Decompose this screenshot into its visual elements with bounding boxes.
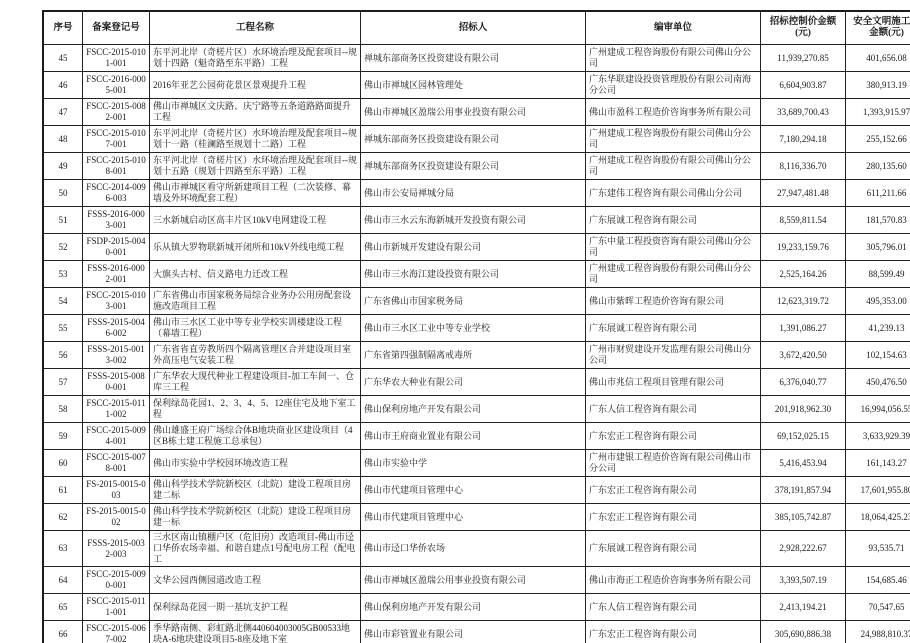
cell-reg_no: FSSS-2015-0046-002 [83, 315, 150, 342]
cell-reg_no: FSSS-2016-0002-001 [83, 261, 150, 288]
cell-seq: 52 [43, 234, 83, 261]
cell-seq: 66 [43, 621, 83, 643]
cell-reg_no: FSCC-2015-0082-001 [83, 99, 150, 126]
col-header-reg-no: 备案登记号 [83, 11, 150, 45]
table-row: 49FSCC-2015-0108-001东平河北岸（奇槎片区）水环境治理及配套项… [43, 153, 910, 180]
cell-control_price: 7,180,294.18 [761, 126, 846, 153]
table-row: 55FSSS-2015-0046-002佛山市三水区工业中等专业学校实训楼建设工… [43, 315, 910, 342]
cell-tenderer: 佛山市禅城区盈瑞公用事业投资有限公司 [361, 99, 586, 126]
table-row: 59FSCC-2015-0094-001佛山雄盛王府广场综合体B地块商业区建设项… [43, 423, 910, 450]
cell-tenderer: 佛山市迳口华侨农场 [361, 531, 586, 567]
cell-tenderer: 佛山市实验中学 [361, 450, 586, 477]
cell-project_name: 佛山科学技术学院新校区（北院）建设工程项目房建二标 [150, 477, 361, 504]
table-row: 54FSCC-2015-0103-001广东省佛山市国家税务局综合业务办公用房配… [43, 288, 910, 315]
cell-seq: 51 [43, 207, 83, 234]
cell-reg_no: FS-2015-0015-003 [83, 477, 150, 504]
cell-review_unit: 广东人信工程咨询有限公司 [586, 396, 761, 423]
cell-control_price: 8,116,336.70 [761, 153, 846, 180]
cell-control_price: 2,413,194.21 [761, 594, 846, 621]
cell-safety_fee: 611,211.66 [846, 180, 910, 207]
table-row: 51FSSS-2016-0003-001三水新城启动区高丰片区10kV电网建设工… [43, 207, 910, 234]
cell-tenderer: 佛山市禅城区盈瑞公用事业投资有限公司 [361, 567, 586, 594]
cell-seq: 60 [43, 450, 83, 477]
cell-review_unit: 广州市建银工程造价咨询有限公司佛山市分公司 [586, 450, 761, 477]
table-row: 56FSSS-2015-0013-002广东省省直劳教所四个隔离管理区合并建设项… [43, 342, 910, 369]
cell-reg_no: FSSS-2015-0080-001 [83, 369, 150, 396]
cell-review_unit: 广东人信工程咨询有限公司 [586, 594, 761, 621]
cell-reg_no: FSCC-2015-0111-001 [83, 594, 150, 621]
table-row: 64FSCC-2015-0090-001文华公园西侧园道改造工程佛山市禅城区盈瑞… [43, 567, 910, 594]
header-row: 序号 备案登记号 工程名称 招标人 编审单位 招标控制价金额 (元) 安全文明施… [43, 11, 910, 45]
cell-seq: 46 [43, 72, 83, 99]
cell-safety_fee: 495,353.00 [846, 288, 910, 315]
table-row: 58FSCC-2015-0111-002保利绿岛花园1、2、3、4、5、12座住… [43, 396, 910, 423]
cell-project_name: 保利绿岛花园一期一基坑支护工程 [150, 594, 361, 621]
cell-project_name: 佛山市实验中学校园环境改造工程 [150, 450, 361, 477]
cell-review_unit: 广东华联建设投资管理股份有限公司南海分公司 [586, 72, 761, 99]
cell-safety_fee: 161,143.27 [846, 450, 910, 477]
cell-reg_no: FSSS-2016-0003-001 [83, 207, 150, 234]
cell-tenderer: 佛山市禅城区园林管理处 [361, 72, 586, 99]
col-header-tenderer: 招标人 [361, 11, 586, 45]
cell-project_name: 文华公园西侧园道改造工程 [150, 567, 361, 594]
cell-control_price: 27,947,481.48 [761, 180, 846, 207]
cell-safety_fee: 305,796.01 [846, 234, 910, 261]
cell-review_unit: 广东建伟工程咨询有限公司佛山分公司 [586, 180, 761, 207]
cell-safety_fee: 102,154.63 [846, 342, 910, 369]
table-row: 61FS-2015-0015-003佛山科学技术学院新校区（北院）建设工程项目房… [43, 477, 910, 504]
cell-project_name: 广东华农大现代种业工程建设项目-加工车间一、仓库三工程 [150, 369, 361, 396]
cell-seq: 56 [43, 342, 83, 369]
cell-control_price: 3,672,420.50 [761, 342, 846, 369]
cell-reg_no: FSCC-2015-0111-002 [83, 396, 150, 423]
cell-reg_no: FSCC-2015-0101-001 [83, 45, 150, 72]
table-row: 45FSCC-2015-0101-001东平河北岸（奇槎片区）水环境治理及配套项… [43, 45, 910, 72]
cell-safety_fee: 16,994,056.55 [846, 396, 910, 423]
table-row: 46FSCC-2016-0005-0012016年亚艺公园荷花景区景观提升工程佛… [43, 72, 910, 99]
cell-project_name: 季华路南侧、彩虹路北侧440604003005GB00533地块A-6地块建设项… [150, 621, 361, 643]
cell-tenderer: 禅城东部商务区投资建设有限公司 [361, 153, 586, 180]
cell-tenderer: 禅城东部商务区投资建设有限公司 [361, 126, 586, 153]
cell-review_unit: 广州建成工程咨询股份有限公司佛山分公司 [586, 126, 761, 153]
cell-safety_fee: 41,239.13 [846, 315, 910, 342]
cell-safety_fee: 3,633,929.39 [846, 423, 910, 450]
cell-review_unit: 广东宏正工程咨询有限公司 [586, 423, 761, 450]
cell-seq: 64 [43, 567, 83, 594]
cell-seq: 55 [43, 315, 83, 342]
cell-review_unit: 广东宏正工程咨询有限公司 [586, 504, 761, 531]
cell-control_price: 19,233,159.76 [761, 234, 846, 261]
table-row: 60FSCC-2015-0078-001佛山市实验中学校园环境改造工程佛山市实验… [43, 450, 910, 477]
cell-seq: 53 [43, 261, 83, 288]
table-header: 序号 备案登记号 工程名称 招标人 编审单位 招标控制价金额 (元) 安全文明施… [43, 11, 910, 45]
cell-safety_fee: 450,476.50 [846, 369, 910, 396]
cell-reg_no: FSCC-2016-0005-001 [83, 72, 150, 99]
cell-project_name: 佛山市三水区工业中等专业学校实训楼建设工程（幕墙工程） [150, 315, 361, 342]
table-row: 50FSCC-2014-0096-003佛山市禅城区看守所新建项目工程（二次装修… [43, 180, 910, 207]
cell-control_price: 11,939,270.85 [761, 45, 846, 72]
cell-reg_no: FSCC-2015-0103-001 [83, 288, 150, 315]
cell-control_price: 201,918,962.30 [761, 396, 846, 423]
cell-review_unit: 广东展诚工程咨询有限公司 [586, 207, 761, 234]
table-row: 47FSCC-2015-0082-001佛山市禅城区文庆路、庆宁路等五条道路路面… [43, 99, 910, 126]
cell-reg_no: FSCC-2015-0094-001 [83, 423, 150, 450]
cell-review_unit: 广东展诚工程咨询有限公司 [586, 531, 761, 567]
cell-safety_fee: 70,547.65 [846, 594, 910, 621]
table-row: 66FSCC-2015-0067-002季华路南侧、彩虹路北侧440604003… [43, 621, 910, 643]
cell-review_unit: 佛山市紫晖工程造价咨询有限公司 [586, 288, 761, 315]
cell-seq: 63 [43, 531, 83, 567]
cell-safety_fee: 88,599.49 [846, 261, 910, 288]
cell-control_price: 6,604,903.87 [761, 72, 846, 99]
cell-tenderer: 禅城东部商务区投资建设有限公司 [361, 45, 586, 72]
cell-tenderer: 广东华农大种业有限公司 [361, 369, 586, 396]
cell-review_unit: 广州市财贸建设开发监理有限公司佛山分公司 [586, 342, 761, 369]
cell-project_name: 东平河北岸（奇槎片区）水环境治理及配套项目--规划十一路（桂澜路至规划十二路）工… [150, 126, 361, 153]
cell-project_name: 三水区南山镇棚户区（危旧房）改造项目-佛山市迳口华侨农场幸福、和谐自建点1号配电… [150, 531, 361, 567]
cell-project_name: 乐从镇大罗物联新城开闭所和10kV外线电缆工程 [150, 234, 361, 261]
cell-reg_no: FSCC-2015-0067-002 [83, 621, 150, 643]
cell-control_price: 305,690,886.38 [761, 621, 846, 643]
cell-project_name: 2016年亚艺公园荷花景区景观提升工程 [150, 72, 361, 99]
cell-seq: 45 [43, 45, 83, 72]
col-header-safety-fee: 安全文明施工费 金额(元) [846, 11, 910, 45]
cell-safety_fee: 380,913.19 [846, 72, 910, 99]
cell-tenderer: 佛山市公安局禅城分局 [361, 180, 586, 207]
table-row: 65FSCC-2015-0111-001保利绿岛花园一期一基坑支护工程佛山保利房… [43, 594, 910, 621]
cell-control_price: 5,416,453.94 [761, 450, 846, 477]
document-page: 序号 备案登记号 工程名称 招标人 编审单位 招标控制价金额 (元) 安全文明施… [0, 0, 910, 643]
cell-project_name: 东平河北岸（奇槎片区）水环境治理及配套项目--规划十五路（规划十四路至东平路）工… [150, 153, 361, 180]
cell-reg_no: FSCC-2015-0078-001 [83, 450, 150, 477]
cell-project_name: 广东省省直劳教所四个隔离管理区合并建设项目室外高压电气安装工程 [150, 342, 361, 369]
cell-project_name: 佛山雄盛王府广场综合体B地块商业区建设项目（4区B栋土建工程施工总承包） [150, 423, 361, 450]
cell-seq: 50 [43, 180, 83, 207]
table-row: 62FS-2015-0015-002佛山科学技术学院新校区（北院）建设工程项目房… [43, 504, 910, 531]
cell-control_price: 33,689,700.43 [761, 99, 846, 126]
cell-tenderer: 佛山市新城开发建设有限公司 [361, 234, 586, 261]
cell-tenderer: 佛山市三水云东海新城开发投资有限公司 [361, 207, 586, 234]
cell-safety_fee: 154,685.46 [846, 567, 910, 594]
cell-safety_fee: 255,152.66 [846, 126, 910, 153]
cell-tenderer: 佛山市彩管置业有限公司 [361, 621, 586, 643]
cell-review_unit: 广东展诚工程咨询有限公司 [586, 315, 761, 342]
cell-review_unit: 佛山市兆信工程项目管理有限公司 [586, 369, 761, 396]
cell-safety_fee: 93,535.71 [846, 531, 910, 567]
cell-control_price: 1,391,086.27 [761, 315, 846, 342]
cell-review_unit: 广州建成工程咨询股份有限公司佛山分公司 [586, 45, 761, 72]
cell-control_price: 378,191,857.94 [761, 477, 846, 504]
cell-safety_fee: 401,656.08 [846, 45, 910, 72]
cell-reg_no: FSSS-2015-0013-002 [83, 342, 150, 369]
cell-safety_fee: 24,988,810.37 [846, 621, 910, 643]
col-header-seq: 序号 [43, 11, 83, 45]
col-header-project-name: 工程名称 [150, 11, 361, 45]
cell-safety_fee: 280,135.60 [846, 153, 910, 180]
table-row: 52FSDP-2015-0040-001乐从镇大罗物联新城开闭所和10kV外线电… [43, 234, 910, 261]
col-header-control-price: 招标控制价金额 (元) [761, 11, 846, 45]
projects-table: 序号 备案登记号 工程名称 招标人 编审单位 招标控制价金额 (元) 安全文明施… [42, 10, 910, 643]
cell-tenderer: 佛山市代建项目管理中心 [361, 504, 586, 531]
cell-safety_fee: 1,393,915.97 [846, 99, 910, 126]
cell-safety_fee: 17,601,955.80 [846, 477, 910, 504]
cell-seq: 49 [43, 153, 83, 180]
cell-seq: 65 [43, 594, 83, 621]
cell-control_price: 385,105,742.87 [761, 504, 846, 531]
cell-tenderer: 佛山市三水区工业中等专业学校 [361, 315, 586, 342]
cell-control_price: 6,376,040.77 [761, 369, 846, 396]
cell-project_name: 大旗头古村、信义路电力迁改工程 [150, 261, 361, 288]
cell-project_name: 三水新城启动区高丰片区10kV电网建设工程 [150, 207, 361, 234]
cell-control_price: 69,152,025.15 [761, 423, 846, 450]
cell-reg_no: FSCC-2015-0090-001 [83, 567, 150, 594]
cell-tenderer: 广东省第四强制隔离戒毒所 [361, 342, 586, 369]
col-header-review-unit: 编审单位 [586, 11, 761, 45]
table-body: 45FSCC-2015-0101-001东平河北岸（奇槎片区）水环境治理及配套项… [43, 45, 910, 643]
cell-reg_no: FSSS-2015-0032-003 [83, 531, 150, 567]
cell-safety_fee: 18,064,425.23 [846, 504, 910, 531]
cell-review_unit: 广州建成工程咨询股份有限公司佛山分公司 [586, 153, 761, 180]
cell-seq: 62 [43, 504, 83, 531]
table-row: 63FSSS-2015-0032-003三水区南山镇棚户区（危旧房）改造项目-佛… [43, 531, 910, 567]
cell-control_price: 8,559,811.54 [761, 207, 846, 234]
cell-project_name: 佛山科学技术学院新校区（北院）建设工程项目房建一标 [150, 504, 361, 531]
cell-project_name: 广东省佛山市国家税务局综合业务办公用房配套设施改造项目工程 [150, 288, 361, 315]
cell-reg_no: FSCC-2015-0107-001 [83, 126, 150, 153]
cell-seq: 59 [43, 423, 83, 450]
cell-control_price: 3,393,507.19 [761, 567, 846, 594]
cell-seq: 58 [43, 396, 83, 423]
cell-project_name: 佛山市禅城区文庆路、庆宁路等五条道路路面提升工程 [150, 99, 361, 126]
cell-tenderer: 佛山保利房地产开发有限公司 [361, 396, 586, 423]
table-row: 48FSCC-2015-0107-001东平河北岸（奇槎片区）水环境治理及配套项… [43, 126, 910, 153]
cell-safety_fee: 181,570.83 [846, 207, 910, 234]
cell-reg_no: FSDP-2015-0040-001 [83, 234, 150, 261]
cell-reg_no: FS-2015-0015-002 [83, 504, 150, 531]
cell-seq: 48 [43, 126, 83, 153]
cell-tenderer: 佛山市三水海江建设投资有限公司 [361, 261, 586, 288]
cell-tenderer: 广东省佛山市国家税务局 [361, 288, 586, 315]
cell-tenderer: 佛山市代建项目管理中心 [361, 477, 586, 504]
cell-project_name: 佛山市禅城区看守所新建项目工程（二次装修、幕墙及外环境配套工程） [150, 180, 361, 207]
cell-seq: 54 [43, 288, 83, 315]
cell-project_name: 东平河北岸（奇槎片区）水环境治理及配套项目--规划十四路（魁奇路至东平路）工程 [150, 45, 361, 72]
cell-reg_no: FSCC-2015-0108-001 [83, 153, 150, 180]
cell-tenderer: 佛山保利房地产开发有限公司 [361, 594, 586, 621]
cell-review_unit: 佛山市盈科工程造价咨询事务所有限公司 [586, 99, 761, 126]
cell-review_unit: 佛山市海正工程造价咨询事务所有限公司 [586, 567, 761, 594]
cell-seq: 57 [43, 369, 83, 396]
cell-reg_no: FSCC-2014-0096-003 [83, 180, 150, 207]
table-row: 53FSSS-2016-0002-001大旗头古村、信义路电力迁改工程佛山市三水… [43, 261, 910, 288]
cell-control_price: 2,928,222.67 [761, 531, 846, 567]
cell-review_unit: 广东中量工程投资咨询有限公司佛山分公司 [586, 234, 761, 261]
cell-control_price: 2,525,164.26 [761, 261, 846, 288]
cell-review_unit: 广东宏正工程咨询有限公司 [586, 477, 761, 504]
cell-tenderer: 佛山市王府商业置业有限公司 [361, 423, 586, 450]
cell-review_unit: 广东宏正工程咨询有限公司 [586, 621, 761, 643]
cell-project_name: 保利绿岛花园1、2、3、4、5、12座住宅及地下室工程 [150, 396, 361, 423]
cell-seq: 47 [43, 99, 83, 126]
table-row: 57FSSS-2015-0080-001广东华农大现代种业工程建设项目-加工车间… [43, 369, 910, 396]
cell-seq: 61 [43, 477, 83, 504]
cell-control_price: 12,623,319.72 [761, 288, 846, 315]
cell-review_unit: 广州建成工程咨询股份有限公司佛山分公司 [586, 261, 761, 288]
